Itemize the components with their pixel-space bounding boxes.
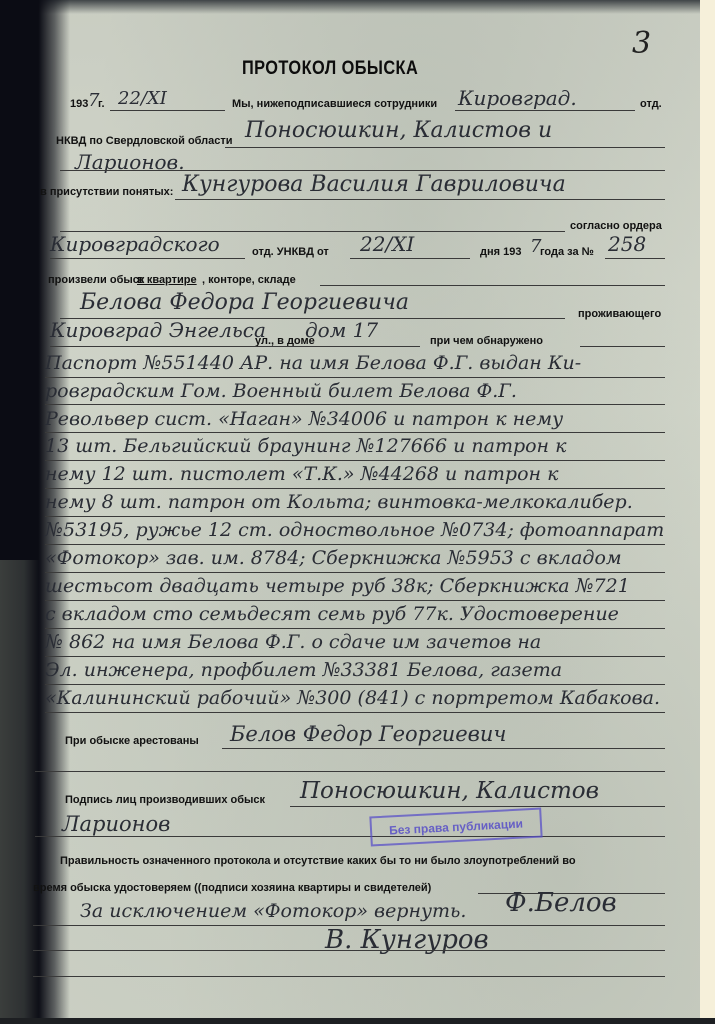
scan-left-edge: [0, 560, 40, 1024]
finding-line: Паспорт №551440 АР. на имя Белова Ф.Г. в…: [45, 352, 581, 374]
signatures-hand-2: Ларионов: [62, 812, 170, 836]
order-date-hand: 22/XI: [360, 232, 414, 256]
finding-line: с вкладом сто семьдесят семь руб 77к. Уд…: [45, 603, 619, 625]
person-hand: Белова Федора Георгиевича: [80, 290, 409, 315]
finding-line: ровградским Гом. Военный билет Белова Ф.…: [45, 380, 517, 402]
year-label: г.: [98, 98, 105, 110]
order-day-label: дня 193: [480, 246, 521, 258]
finding-line: № 862 на имя Белова Ф.Г. о сдаче им заче…: [45, 631, 541, 653]
residing-label: проживающего: [578, 308, 661, 320]
search-label-rest: , конторе, складе: [202, 274, 296, 286]
address-hand-2: дом 17: [305, 318, 378, 342]
correctness-line-1: Правильность означенного протокола и отс…: [60, 855, 576, 867]
dept-hand: Кировград.: [458, 86, 577, 110]
scan-bottom-edge: [0, 1018, 715, 1024]
year-prefix: 193: [70, 98, 88, 110]
finding-line: нему 12 шт. пистолет «Т.К.» №44268 и пат…: [45, 463, 558, 485]
page-number: 3: [632, 26, 651, 61]
finding-line: №53195, ружье 12 ст. одноствольное №0734…: [45, 519, 664, 541]
finding-line: шестьсот двадцать четыре руб 38к; Сберкн…: [45, 575, 630, 597]
order-dept-label: отд. УНКВД от: [252, 246, 329, 258]
date-hand: 22/XI: [118, 88, 167, 109]
order-label: согласно ордера: [570, 220, 662, 232]
search-label-prefix: произвели обыск: [48, 274, 144, 286]
address-hand-1: Кировград Энгельса: [50, 318, 266, 342]
order-year-label: года за №: [540, 246, 594, 258]
finding-line: нему 8 шт. патрон от Кольта; винтовка-ме…: [45, 491, 633, 513]
document-title: ПРОТОКОЛ ОБЫСКА: [242, 58, 418, 80]
scan-right-margin: [700, 0, 715, 1024]
search-label-place: в квартире: [137, 274, 197, 286]
arrested-label: При обыске арестованы: [65, 735, 199, 747]
order-dept-hand: Кировградского: [50, 232, 220, 256]
signatures-hand-1: Поносюшкин, Калистов: [300, 778, 599, 804]
owner-signature-hand: Ф.Белов: [505, 888, 617, 918]
finding-line: Револьвер сист. «Наган» №34006 и патрон …: [45, 408, 563, 430]
finding-line: «Фотокор» зав. им. 8784; Сберкнижка №595…: [45, 547, 622, 569]
found-label: при чем обнаружено: [430, 335, 543, 347]
scan-top-shadow: [0, 0, 700, 14]
arrested-hand: Белов Федор Георгиевич: [230, 722, 507, 746]
owner-note-hand: За исключением «Фотокор» вернуть.: [80, 900, 466, 922]
finding-line: «Калининский рабочий» №300 (841) с портр…: [45, 687, 660, 709]
order-number-hand: 258: [608, 232, 646, 256]
signatures-label: Подпись лиц производивших обыск: [65, 794, 265, 806]
we-label: Мы, нижеподписавшиеся сотрудники: [232, 98, 437, 110]
witnesses-hand: Кунгурова Василия Гавриловича: [182, 172, 566, 197]
finding-line: 13 шт. Бельгийский браунинг №127666 и па…: [45, 435, 566, 457]
finding-line: Эл. инженера, профбилет №33381 Белова, г…: [45, 659, 562, 681]
nkvd-label: НКВД по Свердловской области: [56, 135, 233, 147]
officers-hand-1: Поносюшкин, Калистов и: [245, 118, 552, 143]
dept-suffix: отд.: [640, 98, 662, 110]
correctness-line-2: время обыска удостоверяем ((подписи хозя…: [33, 882, 431, 894]
document-page: 3 ПРОТОКОЛ ОБЫСКА 193 7 г. 22/XI Мы, ниж…: [0, 0, 700, 1024]
witnesses-label: в присутствии понятых:: [40, 186, 173, 198]
no-publication-stamp: Без права публикации: [369, 808, 542, 847]
